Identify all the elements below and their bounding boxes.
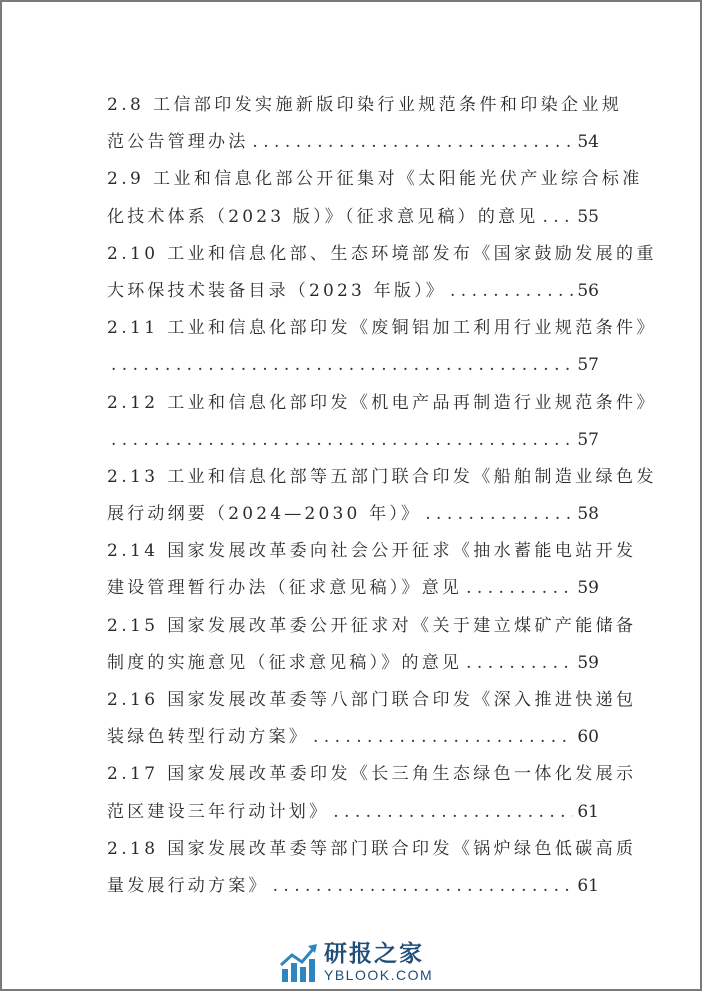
watermark-brand: 研报之家 YBLOOK.COM [324, 942, 433, 984]
page-number: 57 [577, 350, 599, 380]
toc-entry-2-15-continuation[interactable]: 制度的实施意见（征求意见稿）》的意见59 [107, 648, 599, 685]
toc-entry-title-cont: 范区建设三年行动计划》 [107, 797, 329, 827]
toc-entry-2-16-continuation[interactable]: 装绿色转型行动方案》60 [107, 722, 599, 759]
page-number: 54 [577, 127, 599, 157]
leader-dots [252, 127, 573, 157]
rising-chart-logo-icon [280, 943, 318, 983]
toc-entry-2-15-title[interactable]: 2.15 国家发展改革委公开征求对《关于建立煤矿产能储备 [107, 611, 599, 648]
watermark-logo: 研报之家 YBLOOK.COM [280, 940, 433, 986]
brand-name-en: YBLOOK.COM [324, 966, 433, 984]
toc-entry-title-cont: 量发展行动方案》 [107, 871, 269, 901]
toc-entry-title-cont: 制度的实施意见（征求意见稿）》的意见 [107, 648, 462, 678]
toc-entry-2-8-title[interactable]: 2.8 工信部印发实施新版印染行业规范条件和印染企业规 [107, 90, 599, 127]
toc-entry-2-10-continuation[interactable]: 大环保技术装备目录（2023 年版）》56 [107, 276, 599, 313]
toc-entry-2-9-title[interactable]: 2.9 工业和信息化部公开征集对《太阳能光伏产业综合标准 [107, 164, 599, 201]
leader-dots [450, 276, 573, 306]
toc-entry-2-11-continuation[interactable]: 57 [107, 350, 599, 387]
toc-entry-title-cont: 展行动纲要（2024—2030 年）》 [107, 499, 421, 529]
page-number: 56 [577, 276, 599, 306]
page-number: 59 [577, 573, 599, 603]
toc-entry-title-cont: 大环保技术装备目录（2023 年版）》 [107, 276, 446, 306]
page-number: 57 [577, 425, 599, 455]
toc-entry-2-14-title[interactable]: 2.14 国家发展改革委向社会公开征求《抽水蓄能电站开发 [107, 536, 599, 573]
toc-entry-2-12-title[interactable]: 2.12 工业和信息化部印发《机电产品再制造行业规范条件》 [107, 388, 599, 425]
toc-entry-title: 2.18 国家发展改革委等部门联合印发《锅炉绿色低碳高质 [107, 834, 636, 864]
toc-entry-title-cont: 装绿色转型行动方案》 [107, 722, 309, 752]
toc-entry-title: 2.17 国家发展改革委印发《长三角生态绿色一体化发展示 [107, 759, 636, 789]
toc-entry-title: 2.11 工业和信息化部印发《废铜铝加工利用行业规范条件》 [107, 313, 657, 343]
leader-dots [273, 871, 574, 901]
document-page: 2.8 工信部印发实施新版印染行业规范条件和印染企业规 范公告管理办法54 2.… [0, 0, 702, 991]
page-number: 58 [577, 499, 599, 529]
toc-entry-title: 2.9 工业和信息化部公开征集对《太阳能光伏产业综合标准 [107, 164, 643, 194]
leader-dots [542, 202, 573, 232]
leader-dots [466, 573, 573, 603]
toc-entry-2-10-title[interactable]: 2.10 工业和信息化部、生态环境部发布《国家鼓励发展的重 [107, 239, 599, 276]
toc-entry-title-cont: 化技术体系（2023 版）》（征求意见稿）的意见 [107, 202, 538, 232]
page-number: 60 [577, 722, 599, 752]
table-of-contents: 2.8 工信部印发实施新版印染行业规范条件和印染企业规 范公告管理办法54 2.… [107, 90, 599, 908]
leader-dots [111, 350, 573, 380]
toc-entry-2-11-title[interactable]: 2.11 工业和信息化部印发《废铜铝加工利用行业规范条件》 [107, 313, 599, 350]
leader-dots [466, 648, 573, 678]
toc-entry-2-14-continuation[interactable]: 建设管理暂行办法（征求意见稿）》意见59 [107, 573, 599, 610]
toc-entry-title: 2.8 工信部印发实施新版印染行业规范条件和印染企业规 [107, 90, 622, 120]
toc-entry-2-16-title[interactable]: 2.16 国家发展改革委等八部门联合印发《深入推进快递包 [107, 685, 599, 722]
toc-entry-title: 2.16 国家发展改革委等八部门联合印发《深入推进快递包 [107, 685, 636, 715]
toc-entry-2-9-continuation[interactable]: 化技术体系（2023 版）》（征求意见稿）的意见55 [107, 202, 599, 239]
page-number: 61 [577, 871, 599, 901]
toc-entry-title: 2.13 工业和信息化部等五部门联合印发《船舶制造业绿色发 [107, 462, 657, 492]
toc-entry-2-13-continuation[interactable]: 展行动纲要（2024—2030 年）》58 [107, 499, 599, 536]
leader-dots [333, 797, 573, 827]
toc-entry-2-17-title[interactable]: 2.17 国家发展改革委印发《长三角生态绿色一体化发展示 [107, 759, 599, 796]
page-number: 61 [577, 797, 599, 827]
brand-name-cn: 研报之家 [324, 942, 433, 966]
toc-entry-title: 2.12 工业和信息化部印发《机电产品再制造行业规范条件》 [107, 388, 657, 418]
toc-entry-title: 2.10 工业和信息化部、生态环境部发布《国家鼓励发展的重 [107, 239, 657, 269]
page-number: 59 [577, 648, 599, 678]
toc-entry-2-8-continuation[interactable]: 范公告管理办法54 [107, 127, 599, 164]
toc-entry-title: 2.14 国家发展改革委向社会公开征求《抽水蓄能电站开发 [107, 536, 636, 566]
page-number: 55 [577, 202, 599, 232]
toc-entry-2-17-continuation[interactable]: 范区建设三年行动计划》61 [107, 797, 599, 834]
toc-entry-2-18-title[interactable]: 2.18 国家发展改革委等部门联合印发《锅炉绿色低碳高质 [107, 834, 599, 871]
toc-entry-title: 2.15 国家发展改革委公开征求对《关于建立煤矿产能储备 [107, 611, 636, 641]
toc-entry-title-cont: 范公告管理办法 [107, 127, 248, 157]
leader-dots [111, 425, 573, 455]
leader-dots [425, 499, 573, 529]
toc-entry-title-cont: 建设管理暂行办法（征求意见稿）》意见 [107, 573, 462, 603]
toc-entry-2-13-title[interactable]: 2.13 工业和信息化部等五部门联合印发《船舶制造业绿色发 [107, 462, 599, 499]
toc-entry-2-12-continuation[interactable]: 57 [107, 425, 599, 462]
leader-dots [313, 722, 573, 752]
toc-entry-2-18-continuation[interactable]: 量发展行动方案》61 [107, 871, 599, 908]
